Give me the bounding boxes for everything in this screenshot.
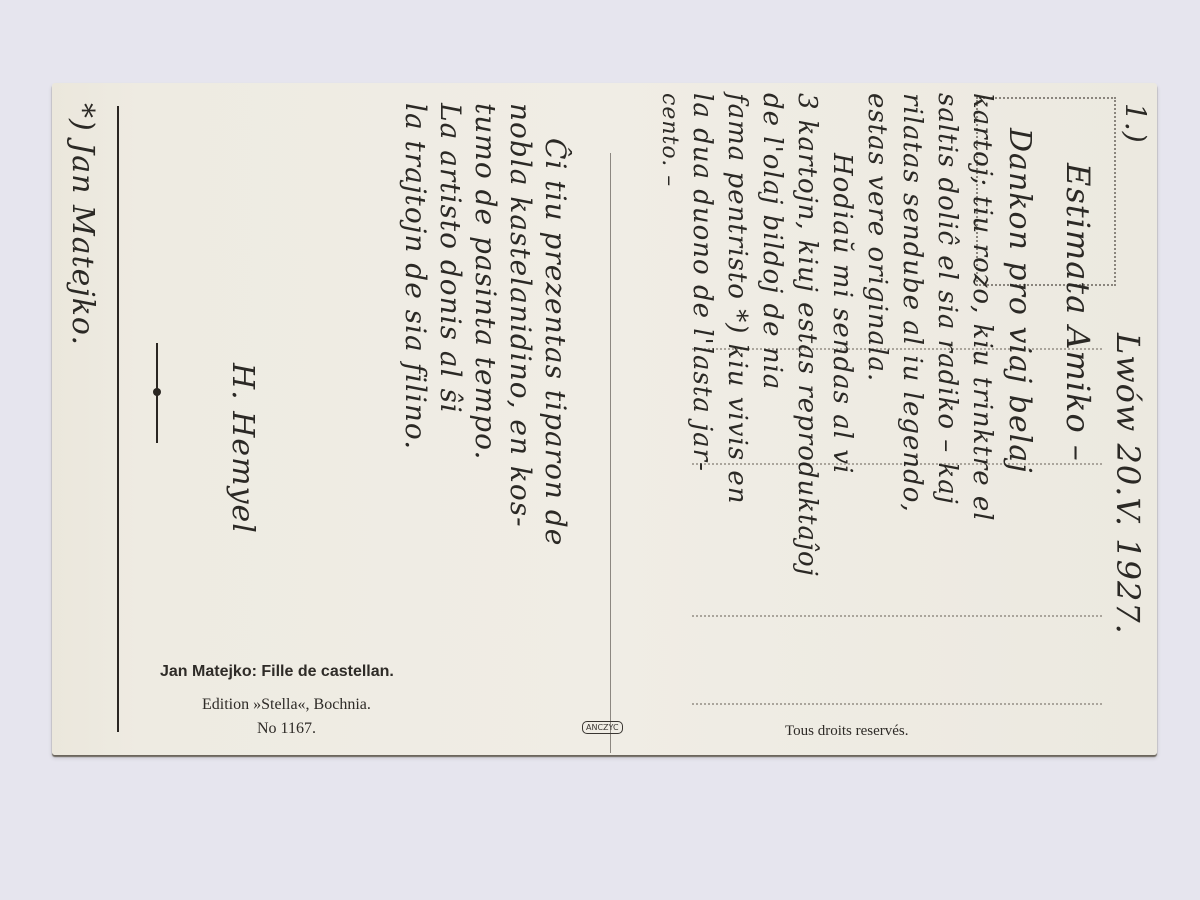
printer-mark: ANCZYC: [582, 721, 623, 734]
message-line: nobla kastelanidino, en kos-: [504, 103, 537, 528]
address-line: [692, 703, 1102, 705]
message-line: kartoj; tiu rozo, kiu trinktre el: [967, 93, 997, 522]
message-line: Hodiaŭ mi sendas al vi: [827, 153, 857, 474]
message-line: la dua duono de l'lasta jar-: [687, 93, 717, 472]
message-line: fama pentristo *) kiu vivis en: [722, 93, 752, 504]
stub-divider-line: [117, 106, 119, 732]
message-line: La artisto donis al ŝi: [434, 103, 467, 414]
place-date: Lwów 20.V. 1927.: [1109, 333, 1147, 635]
message-line: Ĉi tiu prezentas tiparon de: [539, 138, 572, 546]
message-line: 3 kartojn, kiuj estas reproduktaĵoj: [792, 93, 822, 577]
signature: H. Hemyel: [225, 363, 260, 534]
address-divider: [610, 153, 611, 753]
page-number: 1.): [1119, 103, 1152, 144]
publisher-edition: Edition »Stella«, Bochnia.: [202, 696, 371, 714]
message-line: Dankon pro viaj belaj: [1002, 128, 1037, 474]
message-line: cento. –: [657, 93, 682, 187]
card-number: No 1167.: [257, 720, 316, 738]
message-line: estas vere originala.: [862, 93, 892, 382]
message-line: de l'olaj bildoj de nia: [757, 93, 787, 390]
artwork-title: Jan Matejko: Fille de castellan.: [160, 663, 394, 681]
stub-note: *) Jan Matejko.: [65, 103, 100, 346]
center-mark-dot: [153, 388, 161, 396]
greeting: Estimata Amiko –: [1059, 163, 1097, 462]
message-line: la trajtojn de sia filino.: [399, 103, 432, 450]
message-line: rilatas sendube al iu legendo,: [897, 93, 927, 513]
message-line: saltis doliĉ el sia radiko – kaj: [932, 93, 962, 505]
address-line: [692, 615, 1102, 617]
message-line: tumo de pasinta tempo.: [469, 103, 502, 460]
postcard: *) Jan Matejko. 1.) Lwów 20.V. 1927. Est…: [52, 83, 1157, 755]
rights-notice: Tous droits reservés.: [785, 723, 909, 740]
